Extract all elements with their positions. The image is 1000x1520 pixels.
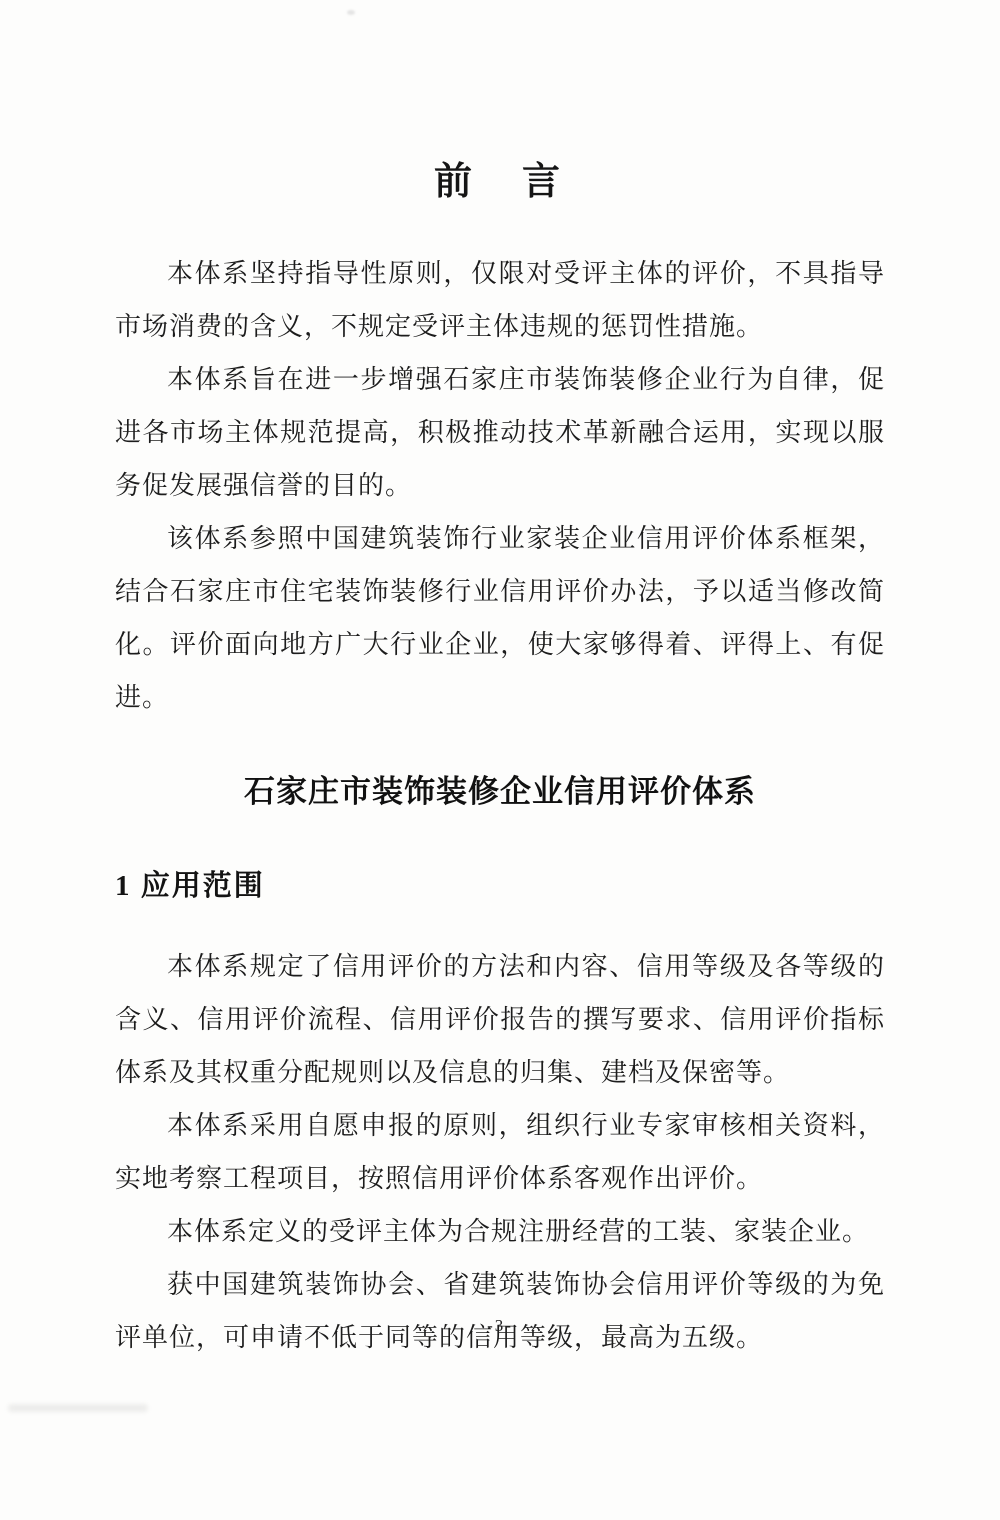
page-number: -3- xyxy=(0,1316,1000,1336)
preface-paragraph: 本体系坚持指导性原则，仅限对受评主体的评价，不具指导市场消费的含义，不规定受评主… xyxy=(115,247,885,353)
preface-paragraph: 该体系参照中国建筑装饰行业家装企业信用评价体系框架，结合石家庄市住宅装饰装修行业… xyxy=(115,512,885,724)
preface-section: 本体系坚持指导性原则，仅限对受评主体的评价，不具指导市场消费的含义，不规定受评主… xyxy=(115,247,885,724)
scan-artifact-smudge xyxy=(8,1404,148,1412)
preface-paragraph: 本体系旨在进一步增强石家庄市装饰装修企业行为自律，促进各市场主体规范提高，积极推… xyxy=(115,353,885,512)
section-1-body: 本体系规定了信用评价的方法和内容、信用等级及各等级的含义、信用评价流程、信用评价… xyxy=(115,940,885,1364)
page-content: 前 言 本体系坚持指导性原则，仅限对受评主体的评价，不具指导市场消费的含义，不规… xyxy=(0,0,1000,1364)
section-1-heading: 1 应用范围 xyxy=(115,863,885,904)
section-paragraph: 本体系规定了信用评价的方法和内容、信用等级及各等级的含义、信用评价流程、信用评价… xyxy=(115,940,885,1099)
section-paragraph: 本体系定义的受评主体为合规注册经营的工装、家装企业。 xyxy=(115,1205,885,1258)
scanned-document-page: 前 言 本体系坚持指导性原则，仅限对受评主体的评价，不具指导市场消费的含义，不规… xyxy=(0,0,1000,1520)
section-paragraph: 获中国建筑装饰协会、省建筑装饰协会信用评价等级的为免评单位，可申请不低于同等的信… xyxy=(115,1258,885,1364)
preface-title: 前 言 xyxy=(115,0,885,205)
section-paragraph: 本体系采用自愿申报的原则，组织行业专家审核相关资料，实地考察工程项目，按照信用评… xyxy=(115,1099,885,1205)
document-title: 石家庄市装饰装修企业信用评价体系 xyxy=(115,766,885,811)
